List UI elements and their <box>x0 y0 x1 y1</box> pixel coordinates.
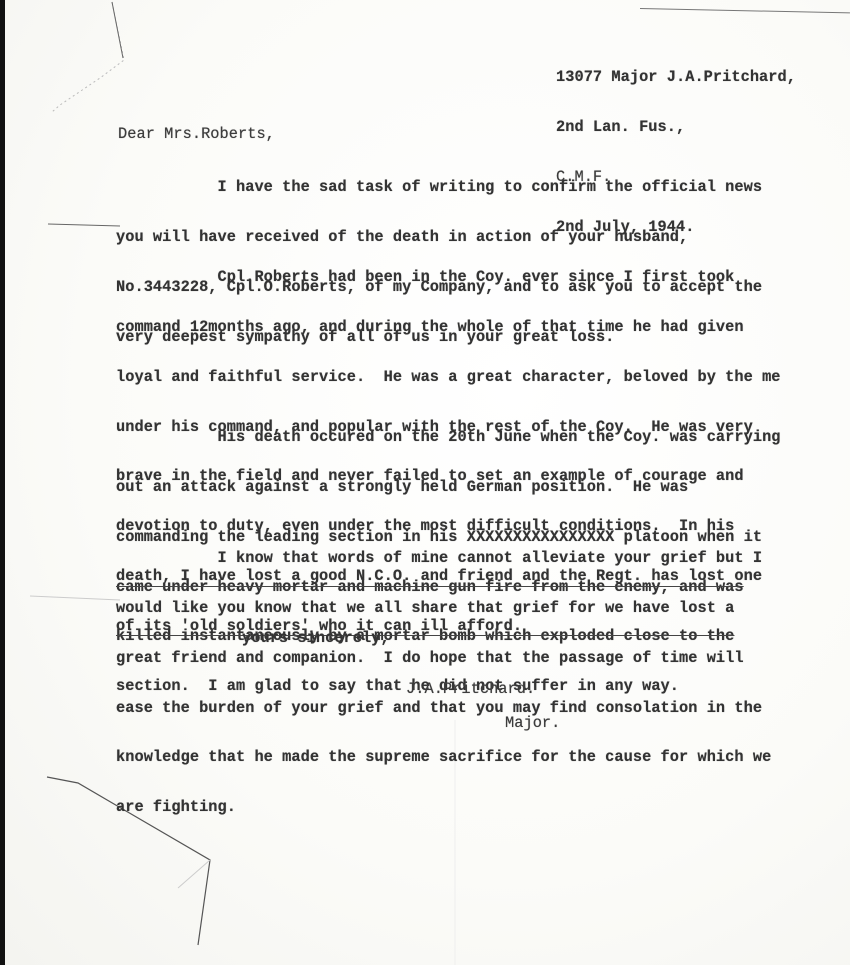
sender-name-line: 13077 Major J.A.Pritchard, <box>556 69 796 86</box>
paragraph-line: would like you know that we all share th… <box>116 600 771 617</box>
closing: yours sincerely, <box>242 630 390 647</box>
paragraph-line: I know that words of mine cannot allevia… <box>116 550 771 567</box>
paragraph-line: loyal and faithful service. He was a gre… <box>116 369 781 386</box>
sender-unit-line: 2nd Lan. Fus., <box>556 119 796 136</box>
signatory-rank: Major. <box>505 715 560 732</box>
paragraph-line: command 12months ago, and during the who… <box>116 319 781 336</box>
paragraph-line: knowledge that he made the supreme sacri… <box>116 749 771 766</box>
paragraph-line: great friend and companion. I do hope th… <box>116 650 771 667</box>
signature: J.A.Pritchard. <box>406 681 535 698</box>
paragraph-line: are fighting. <box>116 799 771 816</box>
paragraph-line: I have the sad task of writing to confir… <box>116 179 762 196</box>
paragraph-line: Cpl.Roberts had been in the Coy. ever si… <box>116 269 781 286</box>
paragraph-4: I know that words of mine cannot allevia… <box>116 517 771 832</box>
paragraph-line: His death occured on the 20th June when … <box>116 429 781 446</box>
paragraph-line: ease the burden of your grief and that y… <box>116 700 771 717</box>
paragraph-line: out an attack against a strongly held Ge… <box>116 479 781 496</box>
salutation: Dear Mrs.Roberts, <box>118 126 275 143</box>
